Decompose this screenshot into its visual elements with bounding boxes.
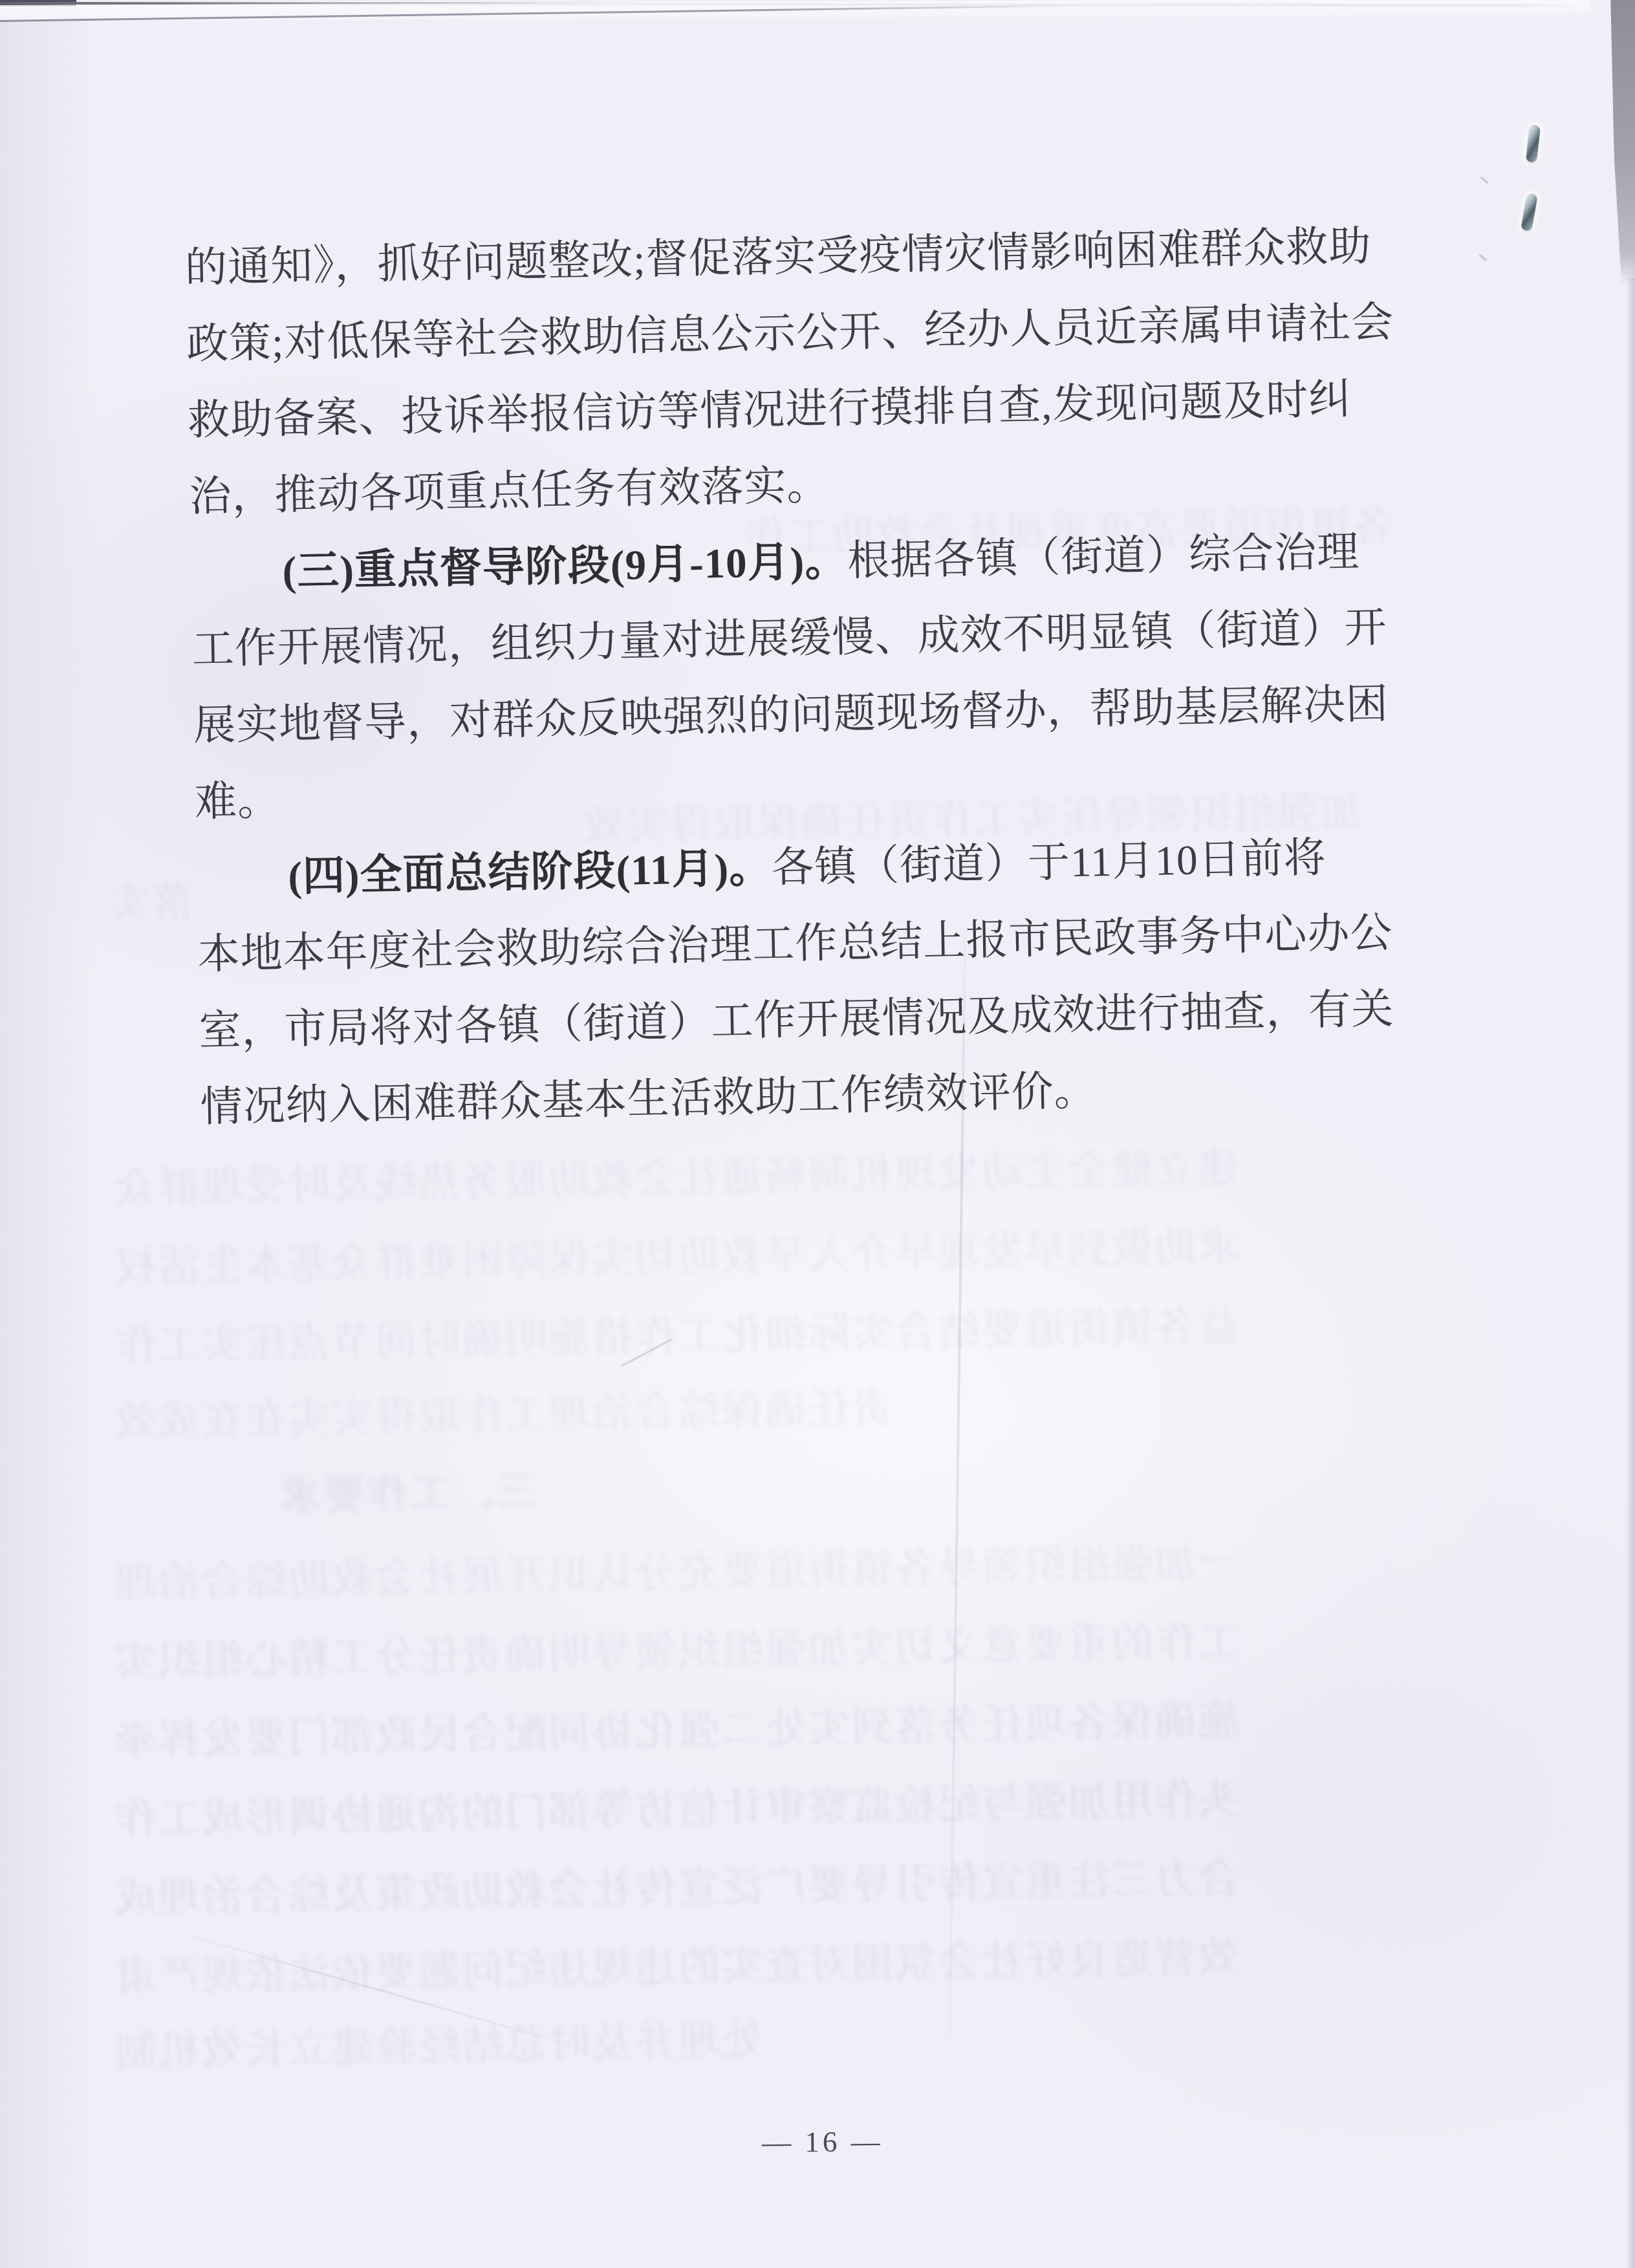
line-text-segment: 救助备案、投诉举报信访等情况进行摸排自查,发现问题及时纠: [188, 376, 1352, 444]
bleedthrough-line: 处理并及时总结经验建立长效机制: [113, 2007, 764, 2078]
staple-impression-mark: [1479, 254, 1488, 261]
staple: [1526, 124, 1541, 162]
page-right-edge-shadow: [1626, 278, 1635, 2268]
bleedthrough-line: 益各镇街道要结合实际细化工作措施明确时间节点压实工作: [113, 1292, 1240, 1372]
document-text-block: 的通知》，抓好问题整改;督促落实受疫情灾情影响困难群众救助 政策;对低保等社会救…: [184, 207, 1469, 1146]
line-text-segment: 展实地督导，对群众反映强烈的问题现场督办，帮助基层解决困: [193, 681, 1389, 750]
staple-impression-mark: [1480, 177, 1489, 184]
line-text-segment: 各镇（街道）于11月10日前将: [772, 835, 1327, 892]
scanned-document-page: 各镇街道要高度重视社会救助工作 加强组织领导压实工作责任确保取得实效 落实 建立…: [0, 0, 1635, 2268]
bleedthrough-line: 施确保各项任务落到实处二强化协同配合民政部门要发挥牵: [113, 1687, 1240, 1767]
staple: [1521, 193, 1538, 232]
line-text-segment: 根据各镇（街道）综合治理: [847, 529, 1360, 585]
bleedthrough-line: 一加强组织领导各镇街道要充分认识开展社会救助综合治理: [113, 1529, 1240, 1609]
line-text-segment: 情况纳入困难群众基本生活救助工作绩效评价。: [200, 1068, 1097, 1130]
bleedthrough-line: 头作用加强与纪检监察审计信访等部门的沟通协调形成工作: [113, 1766, 1240, 1846]
line-text-segment: 室，市局将对各镇（街道）工作开展情况及成效进行抽查，有关: [199, 986, 1394, 1055]
line-text-segment: 政策;对低保等社会救助信息公示公开、经办人员近亲属申请社会: [186, 299, 1394, 368]
bleedthrough-line: 责任确保综合治理工作取得实实在在成效: [113, 1374, 893, 1448]
bleedthrough-line: 工作的重要意义切实加强组织领导明确责任分工精心组织实: [113, 1608, 1240, 1688]
line-bold-segment: (四)全面总结阶段(11月)。: [288, 845, 772, 901]
bleedthrough-line: 建立健全主动发现机制畅通社会救助服务热线及时受理群众: [113, 1134, 1240, 1215]
bleedthrough-line: 效营造良好社会氛围对查实的违规违纪问题要依法依规严肃: [113, 1923, 1240, 2003]
line-text-segment: 的通知》，抓好问题整改;督促落实受疫情灾情影响困难群众救助: [184, 223, 1372, 292]
bleedthrough-line: 落实: [106, 869, 194, 930]
bleedthrough-line: 合力三注重宣传引导要广泛宣传社会救助政策及综合治理成: [113, 1844, 1240, 1925]
line-bold-segment: (三)重点督导阶段(9月-10月)。: [282, 538, 848, 595]
line-text-segment: 工作开展情况，组织力量对进展缓慢、成效不明显镇（街道）开: [191, 605, 1387, 673]
page-number: — 16 —: [655, 2124, 991, 2160]
bleedthrough-line: 三、工作要求: [277, 1458, 539, 1522]
line-text-segment: 治，推动各项重点任务有效落实。: [189, 462, 830, 521]
scanner-bed-strip: [1605, 0, 1635, 286]
line-text-segment: 难。: [195, 777, 281, 825]
line-text-segment: 本地本年度社会救助综合治理工作总结上报市民政事务中心办公: [197, 910, 1393, 978]
bleedthrough-line: 求助做到早发现早介入早救助切实保障困难群众基本生活权: [113, 1213, 1240, 1293]
